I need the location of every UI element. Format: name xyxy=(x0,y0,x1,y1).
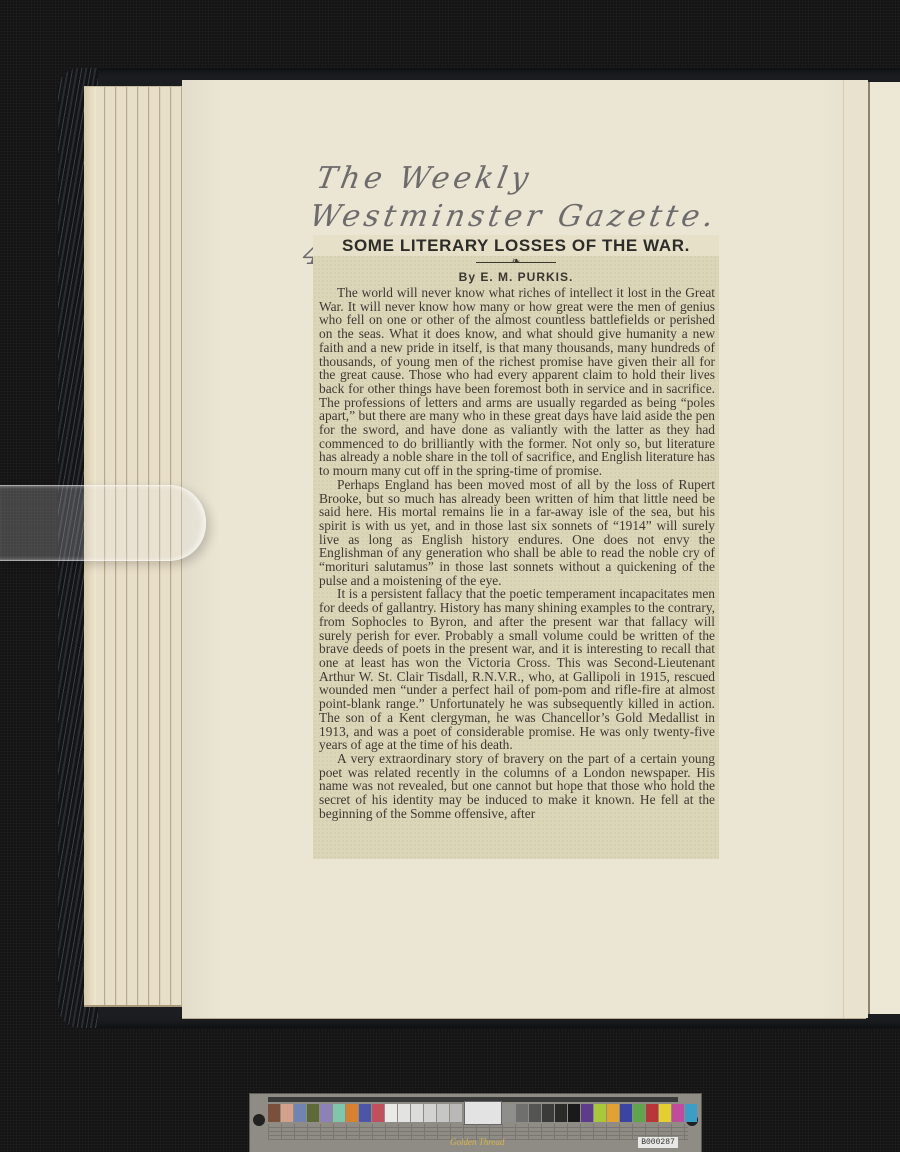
color-swatch xyxy=(672,1104,684,1122)
color-swatch xyxy=(437,1104,449,1122)
fleuron-icon: ❧ xyxy=(510,257,522,267)
chart-hole-left xyxy=(253,1114,265,1126)
headline: SOME LITERARY LOSSES OF THE WAR. xyxy=(313,235,719,256)
page-fold xyxy=(843,80,868,1018)
color-swatch xyxy=(294,1104,306,1122)
color-swatch xyxy=(633,1104,645,1122)
color-swatch xyxy=(346,1104,358,1122)
color-swatch xyxy=(659,1104,671,1122)
color-swatch xyxy=(320,1104,332,1122)
color-swatch xyxy=(424,1104,436,1122)
newspaper-clipping: SOME LITERARY LOSSES OF THE WAR. ❧ By E.… xyxy=(313,235,719,859)
color-swatch xyxy=(450,1104,462,1122)
chart-brand: Golden Thread xyxy=(450,1137,504,1147)
byline: By E. M. PURKIS. xyxy=(313,270,719,284)
color-swatch xyxy=(281,1104,293,1122)
color-swatch xyxy=(646,1104,658,1122)
paragraph: It is a persistent fallacy that the poet… xyxy=(319,587,715,751)
color-swatch xyxy=(568,1104,580,1122)
color-swatch xyxy=(607,1104,619,1122)
color-swatch xyxy=(620,1104,632,1122)
color-calibration-chart: Golden Thread B000287 xyxy=(249,1093,702,1152)
gray-scale-label xyxy=(464,1101,502,1125)
paragraph: The world will never know what riches of… xyxy=(319,286,715,478)
swatches-right xyxy=(503,1104,698,1122)
color-swatch xyxy=(333,1104,345,1122)
ornamental-divider: ❧ xyxy=(476,256,556,268)
color-swatch xyxy=(372,1104,384,1122)
swatches-left xyxy=(268,1104,463,1122)
color-swatch xyxy=(503,1104,515,1122)
color-swatch xyxy=(685,1104,697,1122)
right-page-edge xyxy=(868,82,900,1014)
color-swatch xyxy=(398,1104,410,1122)
chart-id: B000287 xyxy=(638,1137,678,1148)
plastic-page-clip xyxy=(0,485,206,561)
color-swatch xyxy=(529,1104,541,1122)
article-body: The world will never know what riches of… xyxy=(313,286,719,820)
color-swatch xyxy=(268,1104,280,1122)
paragraph: Perhaps England has been moved most of a… xyxy=(319,478,715,588)
color-swatch xyxy=(359,1104,371,1122)
color-swatch xyxy=(385,1104,397,1122)
color-swatch xyxy=(307,1104,319,1122)
color-swatch xyxy=(516,1104,528,1122)
annotation-source: The Weekly Westminster Gazette. xyxy=(307,160,760,236)
color-swatch xyxy=(555,1104,567,1122)
color-swatch xyxy=(594,1104,606,1122)
color-swatch xyxy=(411,1104,423,1122)
color-swatch xyxy=(581,1104,593,1122)
color-swatch xyxy=(542,1104,554,1122)
paragraph: A very extraordinary story of bravery on… xyxy=(319,752,715,821)
